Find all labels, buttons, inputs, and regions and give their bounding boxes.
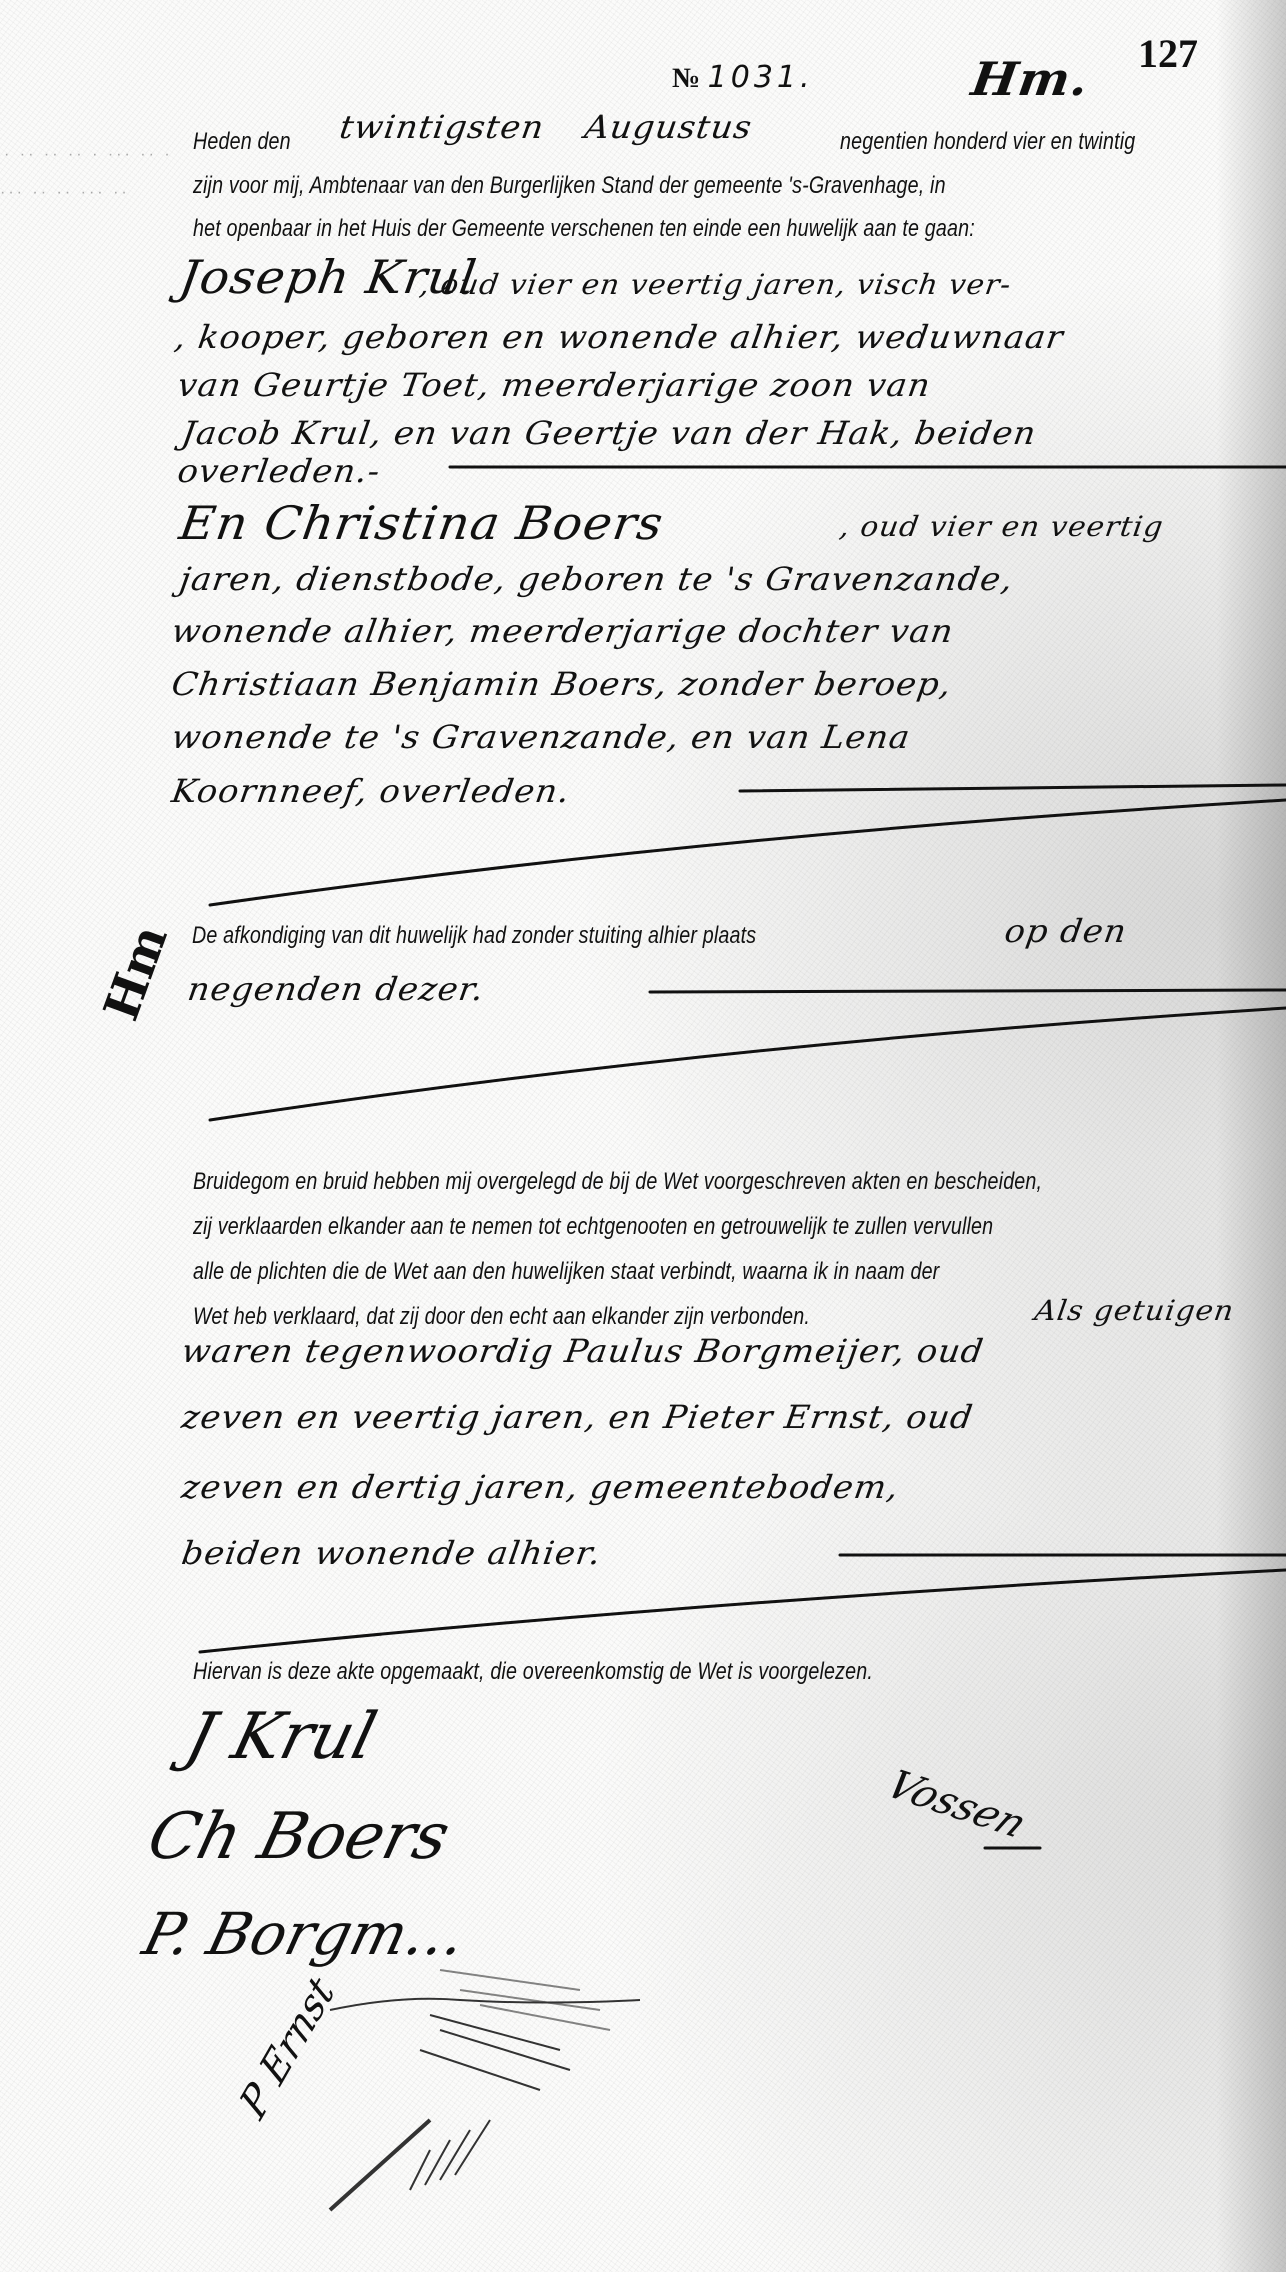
proclamation-hand-1: op den [1002, 912, 1129, 950]
header-line-3: het openbaar in het Huis der Gemeente ve… [193, 215, 975, 243]
hand-day: twintigsten [337, 108, 547, 146]
groom-line-4: Jacob Krul, en van Geertje van der Hak, … [179, 414, 1039, 452]
record-number: № 1031. [672, 60, 814, 95]
witness-line-4: beiden wonende alhier. [179, 1534, 604, 1572]
bride-line-5: wonende te 's Gravenzande, en van Lena [169, 718, 913, 756]
bride-line-3: wonende alhier, meerderjarige dochter va… [169, 612, 956, 650]
header-line-1-suffix: negentien honderd vier en twintig [840, 128, 1135, 156]
declaration-line-3: alle de plichten die de Wet aan den huwe… [193, 1258, 939, 1286]
groom-line-1: , oud vier en veertig jaren, visch ver- [418, 268, 1014, 301]
declaration-line-1: Bruidegom en bruid hebben mij overgelegd… [193, 1168, 1042, 1196]
bride-line-1: , oud vier en veertig [838, 510, 1166, 543]
witness-line-3: zeven en dertig jaren, gemeentebodem, [179, 1468, 901, 1506]
proclamation-hand-2: negenden dezer. [185, 970, 487, 1008]
bride-name: En Christina Boers [176, 496, 667, 550]
witness-intro-hand: Als getuigen [1033, 1294, 1237, 1327]
groom-line-2: , kooper, geboren en wonende alhier, wed… [172, 318, 1066, 356]
declaration-line-2: zij verklaarden elkander aan te nemen to… [193, 1213, 993, 1241]
hand-month: Augustus [582, 108, 755, 146]
signature-bride: Ch Boers [141, 1800, 457, 1874]
proclamation-printed: De afkondiging van dit huwelijk had zond… [192, 922, 756, 950]
groom-line-5: overleden.- [175, 452, 383, 490]
signature-groom: J Krul [179, 1700, 384, 1774]
header-line-2: zijn voor mij, Ambtenaar van den Burgerl… [193, 172, 946, 200]
bride-line-4: Christiaan Benjamin Boers, zonder beroep… [169, 665, 954, 703]
bride-line-2: jaren, dienstbode, geboren te 's Gravenz… [177, 560, 1016, 598]
bride-line-6: Koornneef, overleden. [169, 772, 573, 810]
signature-witness-1: P. Borgm… [137, 1900, 474, 1968]
header-line-1-prefix: Heden den [193, 128, 291, 156]
witness-line-1: waren tegenwoordig Paulus Borgmeijer, ou… [179, 1332, 986, 1370]
declaration-line-4: Wet heb verklaard, dat zij door den echt… [193, 1303, 810, 1331]
groom-line-3: van Geurtje Toet, meerderjarige zoon van [175, 366, 933, 404]
record-number-value: 1031. [708, 60, 814, 95]
witness-line-2: zeven en veertig jaren, en Pieter Ernst,… [179, 1398, 976, 1436]
number-sign: № [672, 63, 700, 94]
page-number: 127 [1138, 30, 1198, 77]
clerk-initials: Hm. [968, 52, 1093, 106]
closing-line: Hiervan is deze akte opgemaakt, die over… [193, 1658, 873, 1686]
